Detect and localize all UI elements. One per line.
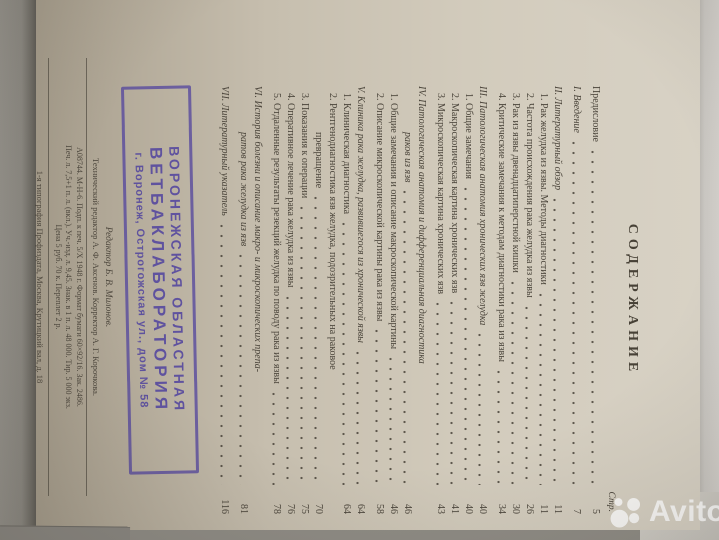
toc-entry-text: VI. История болезни и описание макро- и … — [250, 86, 264, 372]
imprint-divider — [49, 58, 50, 496]
dot-leader — [374, 326, 379, 485]
toc-entry-text: V. Клиника рака желудка, развившегося из… — [353, 86, 367, 343]
toc-entry: 2. Частота происхождения рака желудка из… — [522, 86, 536, 514]
toc-entry-line: 3. Показания к операции75 — [297, 86, 311, 514]
book-page: СОДЕРЖАНИЕ Стр. Предисловие5I. Введение7… — [36, 0, 700, 530]
toc-entry-page-number: 40 — [475, 488, 489, 514]
toc-entry-text: 1. Общие замечания — [461, 93, 475, 179]
toc-entry-text: 2. Описание микроскопической картины рак… — [372, 93, 386, 321]
toc-entry-text: 5. Отдаленные результаты резекций желудк… — [269, 93, 283, 384]
toc-entry-line: 1. Клиническая диагностика64 — [339, 86, 353, 514]
toc-entry-page-number: 64 — [339, 488, 353, 514]
toc-entry-line: 1. Общие замечания40 — [461, 86, 475, 514]
toc-entry-line: VII. Литературный указатель116 — [217, 86, 231, 514]
toc-entry-text: I. Введение — [569, 86, 583, 133]
toc-entry-line: 1. Рак желудка из язвы. Методы диагности… — [536, 86, 550, 514]
toc-entry-line: ратов рака желудка из язв81 — [236, 86, 250, 514]
toc-entry-line: I. Введение7 — [569, 86, 583, 514]
dot-leader — [477, 330, 482, 485]
toc-entry-line: Предисловие5 — [588, 86, 602, 514]
dot-leader — [285, 293, 290, 485]
toc-entry-text: 2. Макроскопическая картина хронических … — [447, 93, 461, 293]
toc-entry-line: 3. Микроскопическая картина хронических … — [433, 86, 447, 514]
background-left-edge — [0, 0, 36, 540]
toc-entry-text: 4. Оперативное лечение рака желудка из я… — [283, 93, 297, 288]
toc-entry-text: 3. Показания к операции — [297, 93, 311, 198]
toc-entry-text: раков из язв — [400, 132, 414, 182]
toc-entry-page-number: 116 — [217, 488, 231, 514]
toc-entry-page-number: 5 — [588, 488, 602, 514]
dot-leader — [388, 354, 393, 485]
toc-entry: 1. Рак желудка из язвы. Методы диагности… — [536, 86, 550, 514]
imprint-block: Редактор Б. В. Милонов. Технический реда… — [35, 52, 115, 502]
toc-entry-page-number: 26 — [522, 488, 536, 514]
dot-leader — [590, 147, 595, 485]
toc-entry: 1. Клиническая диагностика64 — [339, 86, 353, 514]
toc-entry-line: раков из язв46 — [400, 86, 414, 514]
imprint-editor: Редактор Б. В. Милонов. — [102, 52, 114, 502]
library-stamp: ВОРОНЕЖСКАЯ ОБЛАСТНАЯ ВЕТБАКЛАБОРАТОРИЯ … — [121, 85, 199, 474]
dot-leader — [552, 195, 557, 485]
toc-entry-text: III. Патологическая анатомия хронических… — [475, 86, 489, 325]
toc-entry-line: VI. История болезни и описание макро- и … — [250, 86, 264, 514]
toc-entry-text: II. Литературный обзор — [550, 86, 564, 190]
book-page-rotated: СОДЕРЖАНИЕ Стр. Предисловие5I. Введение7… — [36, 0, 700, 530]
toc-entry-line: 5. Отдаленные результаты резекций желудк… — [269, 86, 283, 514]
toc-entry-page-number: 11 — [550, 488, 564, 514]
toc-entry-line: III. Патологическая анатомия хронических… — [475, 86, 489, 514]
dot-leader — [341, 219, 346, 485]
toc-entry-line: 2. Частота происхождения рака желудка из… — [522, 86, 536, 514]
toc-entry-line: 2. Рентгенодиагностика язв желудка, подо… — [325, 86, 339, 514]
toc-entry: 2. Описание микроскопической картины рак… — [372, 86, 386, 514]
toc-entry: 2. Макроскопическая картина хронических … — [447, 86, 461, 514]
toc-entry-page-number: 11 — [536, 488, 550, 514]
avito-logo-icon — [610, 495, 644, 529]
toc-entry-page-number: 7 — [569, 488, 583, 514]
imprint-tech-editor: Технический редактор А. Ф. Аксенов. Корр… — [90, 52, 102, 502]
toc-entry-page-number: 46 — [386, 488, 400, 514]
toc-entry: I. Введение7 — [569, 86, 583, 514]
toc-entry-text: Предисловие — [588, 86, 602, 142]
dot-leader — [355, 348, 360, 485]
toc-entry-page-number: 30 — [508, 488, 522, 514]
toc-entry-text: 2. Рентгенодиагностика язв желудка, подо… — [325, 93, 339, 370]
toc-entry-page-number: 43 — [433, 488, 447, 514]
dot-leader — [219, 221, 224, 485]
toc-entry: 4. Критические замечания к методам диагн… — [494, 86, 508, 514]
toc-entry: Предисловие5 — [588, 86, 602, 514]
toc-entry-line: 4. Оперативное лечение рака желудка из я… — [283, 86, 297, 514]
toc-entry-page-number: 78 — [269, 488, 283, 514]
imprint-divider — [86, 58, 87, 496]
toc-entry: 3. Показания к операции75 — [297, 86, 311, 514]
toc-entry-text: 3. Микроскопическая картина хронических … — [433, 93, 447, 294]
toc-entry: IV. Патологическая анатомия и дифференци… — [400, 86, 428, 514]
dot-leader — [449, 298, 454, 485]
dot-leader — [238, 251, 243, 485]
page-number-column-header: Стр. — [606, 86, 616, 514]
toc-entry-line: превращение70 — [311, 86, 325, 514]
toc-entry: 3. Микроскопическая картина хронических … — [433, 86, 447, 514]
toc-entry: 1. Общие замечания и описание макроскопи… — [386, 86, 400, 514]
dot-leader — [463, 184, 468, 485]
toc-entry-line: 1. Общие замечания и описание макроскопи… — [386, 86, 400, 514]
toc-entry: 5. Отдаленные результаты резекций желудк… — [269, 86, 283, 514]
toc-entry: 3. Рак из язвы двенадцатиперстной кишки3… — [508, 86, 522, 514]
dot-leader — [538, 290, 543, 485]
toc-entry-text: ратов рака желудка из язв — [236, 132, 250, 246]
toc-entry-text: превращение — [311, 132, 325, 188]
toc-entry: III. Патологическая анатомия хронических… — [475, 86, 489, 514]
toc-entry-line: 4. Критические замечания к методам диагн… — [494, 86, 508, 514]
toc-entry: 1. Общие замечания40 — [461, 86, 475, 514]
background-bottom-left-edge — [0, 525, 130, 540]
toc-entry-text: VII. Литературный указатель — [217, 86, 231, 216]
dot-leader — [313, 193, 318, 485]
toc-entry-text: 1. Клиническая диагностика — [339, 93, 353, 214]
toc-entry-page-number: 46 — [400, 488, 414, 514]
toc-entry-line: V. Клиника рака желудка, развившегося из… — [353, 86, 367, 514]
toc-entry-page-number: 34 — [494, 488, 508, 514]
photo-of-book-page: СОДЕРЖАНИЕ Стр. Предисловие5I. Введение7… — [0, 0, 719, 540]
toc-entry-line: IV. Патологическая анатомия и дифференци… — [414, 86, 428, 514]
dot-leader — [524, 303, 529, 485]
toc-entry: VI. История болезни и описание макро- и … — [236, 86, 264, 514]
toc-entry-page-number: 70 — [311, 488, 325, 514]
toc-entry-page-number: 64 — [353, 488, 367, 514]
toc-entry-text: 3. Рак из язвы двенадцатиперстной кишки — [508, 93, 522, 273]
imprint-line-3: Цена 5 руб. 70 к. Переплет 2 р. — [53, 52, 64, 502]
toc-entry-text: 1. Рак желудка из язвы. Методы диагности… — [536, 93, 550, 285]
avito-watermark-label: Avito — [649, 494, 719, 530]
toc-entry: II. Литературный обзор11 — [550, 86, 564, 514]
page-title: СОДЕРЖАНИЕ — [624, 86, 640, 514]
toc-entry-line: 3. Рак из язвы двенадцатиперстной кишки3… — [508, 86, 522, 514]
toc-entry-line: II. Литературный обзор11 — [550, 86, 564, 514]
dot-leader — [571, 138, 576, 485]
toc-entry-page-number: 75 — [297, 488, 311, 514]
toc-entry-line: 2. Описание микроскопической картины рак… — [372, 86, 386, 514]
toc-entry-page-number: 76 — [283, 488, 297, 514]
imprint-line-1: А08744. М-Н-6. Подп. к печ. 5/X 1948 г. … — [74, 52, 85, 502]
avito-watermark: Avito — [610, 494, 719, 530]
imprint-printer: 1-я типография Профиздата, Москва, Крути… — [35, 52, 46, 502]
toc-entry: V. Клиника рака желудка, развившегося из… — [353, 86, 367, 514]
dot-leader — [510, 278, 515, 485]
toc-entry: 4. Оперативное лечение рака желудка из я… — [283, 86, 297, 514]
toc-entry-text: 1. Общие замечания и описание макроскопи… — [386, 93, 400, 349]
dot-leader — [299, 203, 304, 485]
toc-entry-page-number: 40 — [461, 488, 475, 514]
toc-list: Предисловие5I. Введение7II. Литературный… — [217, 86, 602, 514]
imprint-line-2: Печ. л. 7,5+1 п. л. (вкл.). Уч.-изд. л. … — [63, 52, 74, 502]
toc-entry-text: IV. Патологическая анатомия и дифференци… — [414, 86, 428, 364]
toc-entry-text: 2. Частота происхождения рака желудка из… — [522, 93, 536, 298]
toc-entry-page-number: 58 — [372, 488, 386, 514]
toc-entry: 2. Рентгенодиагностика язв желудка, подо… — [311, 86, 339, 514]
dot-leader — [402, 187, 407, 485]
toc-entry: VII. Литературный указатель116 — [217, 86, 231, 514]
dot-leader — [271, 389, 276, 485]
toc-entry-page-number: 81 — [236, 488, 250, 514]
toc-entry-text: 4. Критические замечания к методам диагн… — [494, 93, 508, 362]
dot-leader — [496, 367, 501, 485]
toc-entry-page-number: 41 — [447, 488, 461, 514]
toc-entry-line: 2. Макроскопическая картина хронических … — [447, 86, 461, 514]
dot-leader — [435, 299, 440, 485]
